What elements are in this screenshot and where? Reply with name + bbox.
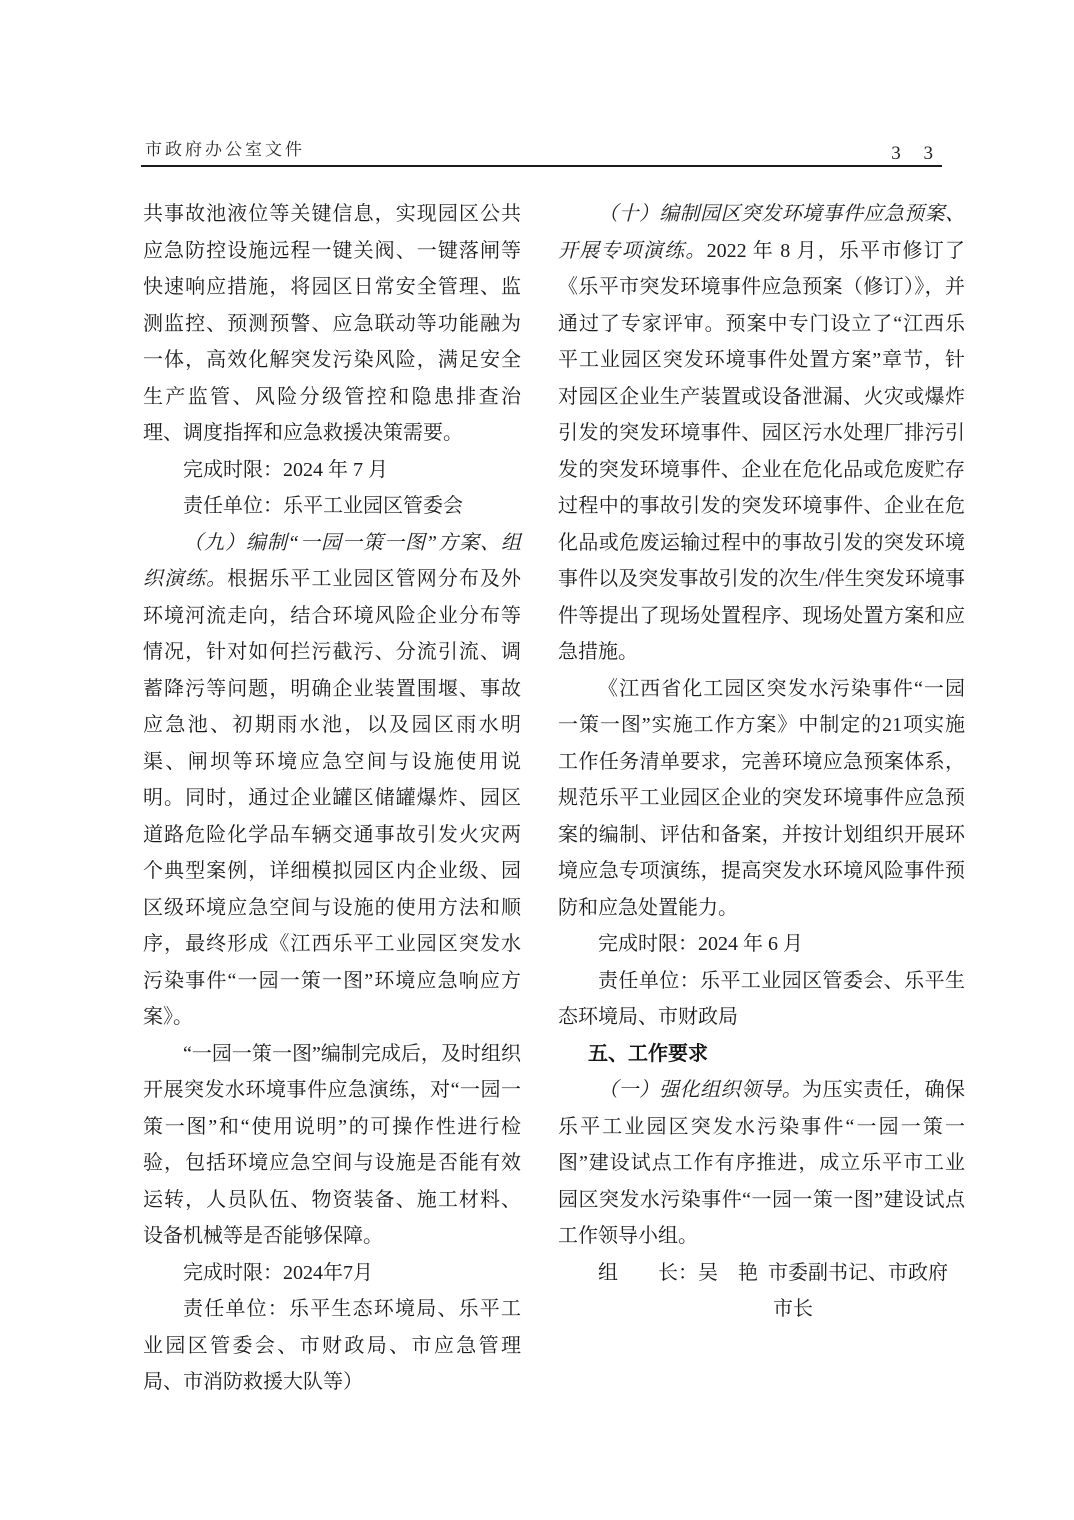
page-number: 3 3 — [891, 143, 942, 165]
responsible-unit-1: 责任单位：乐平工业园区管委会 — [143, 488, 521, 525]
leader-group-line: 组 长：吴 艳市委副书记、市政府 — [558, 1255, 965, 1292]
document-page: 市政府办公室文件 3 3 共事故池液位等关键信息，实现园区公共应急防控设施远程一… — [0, 0, 1074, 1520]
drill-paragraph: “一园一策一图”编制完成后，及时组织开展突发水环境事件应急演练，对“一园一策一图… — [143, 1036, 521, 1255]
right-column: （十）编制园区突发环境事件应急预案、开展专项演练。2022 年 8 月，乐平市修… — [558, 196, 965, 1328]
section-10-paragraph: （十）编制园区突发环境事件应急预案、开展专项演练。2022 年 8 月，乐平市修… — [558, 196, 965, 671]
deadline-2: 完成时限：2024年7月 — [143, 1255, 521, 1292]
doc-label: 市政府办公室文件 — [145, 135, 305, 160]
responsible-unit-2: 责任单位：乐平生态环境局、乐平工业园区管委会、市财政局、市应急管理局、市消防救援… — [143, 1291, 521, 1401]
leader-label: 组 长： — [598, 1262, 698, 1284]
responsible-unit-3: 责任单位：乐平工业园区管委会、乐平生态环境局、市财政局 — [558, 963, 965, 1036]
implementation-plan-paragraph: 《江西省化工园区突发水污染事件“一园一策一图”实施工作方案》中制定的21项实施工… — [558, 671, 965, 927]
section-10-body: 2022 年 8 月，乐平市修订了《乐平市突发环境事件应急预案（修订）》，并通过… — [558, 240, 965, 664]
section-heading-work-requirements: 五、工作要求 — [558, 1036, 965, 1073]
leader-title-line1: 市委副书记、市政府 — [768, 1262, 948, 1284]
leader-name: 吴 艳 — [698, 1262, 758, 1284]
page-header: 市政府办公室文件 3 3 — [141, 132, 942, 167]
deadline-3: 完成时限：2024 年 6 月 — [558, 926, 965, 963]
section-1-paragraph: （一）强化组织领导。为压实责任，确保乐平工业园区突发水污染事件“一园一策一图”建… — [558, 1072, 965, 1255]
section-9-body: 根据乐平工业园区管网分布及外环境河流走向，结合环境风险企业分布等情况，针对如何拦… — [143, 568, 521, 1028]
paragraph-emergency-platform: 共事故池液位等关键信息，实现园区公共应急防控设施远程一键关阀、一键落闸等快速响应… — [143, 196, 521, 452]
section-9-paragraph: （九）编制“一园一策一图”方案、组织演练。根据乐平工业园区管网分布及外环境河流走… — [143, 525, 521, 1036]
leader-title-line2-row: 市长 — [558, 1291, 965, 1328]
deadline-1: 完成时限：2024 年 7 月 — [143, 452, 521, 489]
section-1-title: （一）强化组织领导。 — [598, 1079, 802, 1101]
leader-title-line2: 市长 — [773, 1298, 813, 1320]
left-column: 共事故池液位等关键信息，实现园区公共应急防控设施远程一键关阀、一键落闸等快速响应… — [143, 196, 521, 1401]
section-1-body: 为压实责任，确保乐平工业园区突发水污染事件“一园一策一图”建设试点工作有序推进，… — [558, 1079, 965, 1247]
